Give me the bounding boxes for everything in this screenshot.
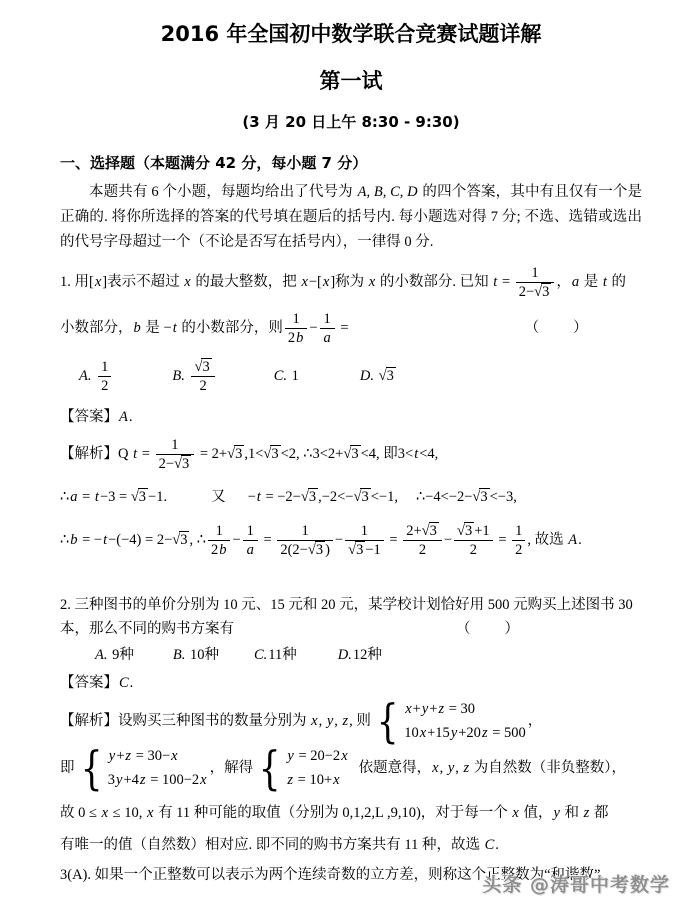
q1-options-row: A. 12B. 32C. 1D. 3 (60, 353, 642, 399)
instructions-paragraph: 本题共有 6 个小题，每题均给出了代号为 A, B, C, D 的四个答案，其中… (60, 180, 642, 255)
watermark: 头条 @涛哥中考数学 (482, 870, 670, 897)
q1-solution-line1: 【解析】Q t = 12−3 = 2+3,1<3<2, ∴3<2+3<4, 即3… (60, 431, 642, 477)
q2-stem-line2: 本，那么不同的购书方案有（） (60, 617, 642, 641)
exam-time: (3 月 20 日上午 8:30 - 9:30) (60, 111, 642, 132)
q1-answer-line: 【答案】A. (60, 405, 642, 429)
q2-answer-line: 【答案】C. (60, 671, 642, 695)
section-heading: 一、选择题（本题满分 42 分，每小题 7 分） (60, 152, 642, 173)
q2-solution-line1: 【解析】设购买三种图书的数量分别为 x, y, z, 则{x+y+z = 301… (60, 699, 642, 744)
q1-solution-line2: ∴a = t−3 = 3−1.又−t = −2−3,−2<−3<−1,∴−4<−… (60, 485, 642, 509)
q2-solution-line2: 即{y+z = 30−x3y+4z = 100−2x，解得{y = 20−2xz… (60, 746, 642, 791)
q2-stem-line1: 2. 三种图书的单价分别为 10 元、15 元和 20 元，某学校计划恰好用 5… (60, 593, 642, 617)
q2-solution-line3: 故 0 ≤ x ≤ 10, x 有 11 种可能的取值（分别为 0,1,2,L … (60, 801, 642, 825)
document-title: 2016 年全国初中数学联合竞赛试题详解 (60, 18, 642, 48)
q2-options-row: A. 9种B. 10种C.11种D.12种 (60, 643, 642, 667)
document-page: 2016 年全国初中数学联合竞赛试题详解 第一试 (3 月 20 日上午 8:3… (0, 0, 696, 911)
q2-solution-line4: 有唯一的值（自然数）相对应. 即不同的购书方案共有 11 种，故选 C. (60, 833, 642, 857)
q1-solution-line3: ∴b = −t−(−4) = 2−3, ∴12b−1a = 12(2−3)−13… (60, 517, 642, 563)
exam-part-title: 第一试 (60, 65, 642, 95)
q1-stem-line1: 1. 用[x]表示不超过 x 的最大整数，把 x−[x]称为 x 的小数部分. … (60, 259, 642, 305)
q1-stem-line2: 小数部分，b 是 −t 的小数部分，则12b−1a =（） (60, 305, 642, 351)
